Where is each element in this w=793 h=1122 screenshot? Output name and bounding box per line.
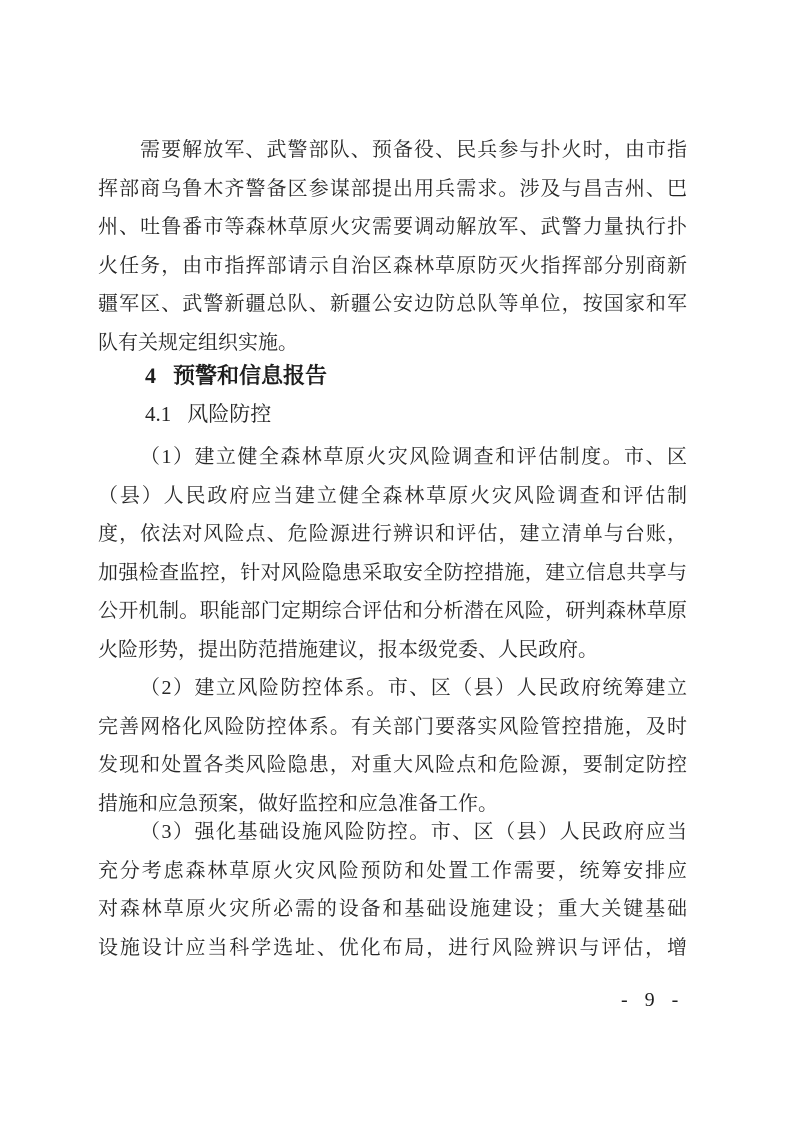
section-heading-number: 4 (145, 360, 156, 392)
document-content: 需要解放军、武警部队、预备役、民兵参与扑火时，由市指挥部商乌鲁木齐警备区参谋部提… (98, 131, 687, 967)
text-line: 度，依法对风险点、危险源进行辨识和评估，建立清单与台账， (98, 515, 687, 554)
risk-item-paragraph-3: （3）强化基础设施风险防控。市、区（县）人民政府应当充分考虑森林草原火灾风险预防… (98, 813, 687, 967)
text-line: 对森林草原火灾所必需的设备和基础设施建设；重大关键基础 (98, 890, 687, 929)
text-line: 州、吐鲁番市等森林草原火灾需要调动解放军、武警力量执行扑 (98, 208, 687, 247)
subsection-heading-number: 4.1 (145, 398, 171, 430)
text-line: 完善网格化风险防控体系。有关部门要落实风险管控措施，及时 (98, 708, 687, 747)
intro-paragraph: 需要解放军、武警部队、预备役、民兵参与扑火时，由市指挥部商乌鲁木齐警备区参谋部提… (98, 131, 687, 362)
text-line: 队有关规定组织实施。 (98, 324, 687, 363)
text-line: （3）强化基础设施风险防控。市、区（县）人民政府应当 (98, 813, 687, 852)
text-line: 发现和处置各类风险隐患，对重大风险点和危险源，要制定防控 (98, 746, 687, 785)
text-line: （1）建立健全森林草原火灾风险调查和评估制度。市、区 (98, 438, 687, 477)
text-line: 挥部商乌鲁木齐警备区参谋部提出用兵需求。涉及与昌吉州、巴 (98, 170, 687, 209)
text-line: 疆军区、武警新疆总队、新疆公安边防总队等单位，按国家和军 (98, 285, 687, 324)
text-line: 公开机制。职能部门定期综合评估和分析潜在风险，研判森林草原 (98, 592, 687, 631)
subsection-heading-title: 风险防控 (187, 398, 271, 430)
risk-item-paragraph-1: （1）建立健全森林草原火灾风险调查和评估制度。市、区（县）人民政府应当建立健全森… (98, 438, 687, 669)
risk-item-paragraph-2: （2）建立风险防控体系。市、区（县）人民政府统筹建立完善网格化风险防控体系。有关… (98, 669, 687, 823)
document-page: 需要解放军、武警部队、预备役、民兵参与扑火时，由市指挥部商乌鲁木齐警备区参谋部提… (0, 0, 793, 1122)
text-line: 加强检查监控，针对风险隐患采取安全防控措施，建立信息共享与 (98, 554, 687, 593)
text-line: 火任务，由市指挥部请示自治区森林草原防灭火指挥部分别商新 (98, 247, 687, 286)
subsection-heading: 4.1 风险防控 (98, 398, 687, 430)
page-number: - 9 - (621, 989, 684, 1012)
text-line: 需要解放军、武警部队、预备役、民兵参与扑火时，由市指 (98, 131, 687, 170)
section-heading-title: 预警和信息报告 (173, 360, 327, 392)
text-line: 充分考虑森林草原火灾风险预防和处置工作需要，统筹安排应 (98, 852, 687, 891)
text-line: 火险形势，提出防范措施建议，报本级党委、人民政府。 (98, 631, 687, 670)
section-heading: 4 预警和信息报告 (98, 360, 687, 392)
text-line: 设施设计应当科学选址、优化布局，进行风险辨识与评估，增 (98, 929, 687, 968)
text-line: （县）人民政府应当建立健全森林草原火灾风险调查和评估制 (98, 477, 687, 516)
text-line: （2）建立风险防控体系。市、区（县）人民政府统筹建立 (98, 669, 687, 708)
